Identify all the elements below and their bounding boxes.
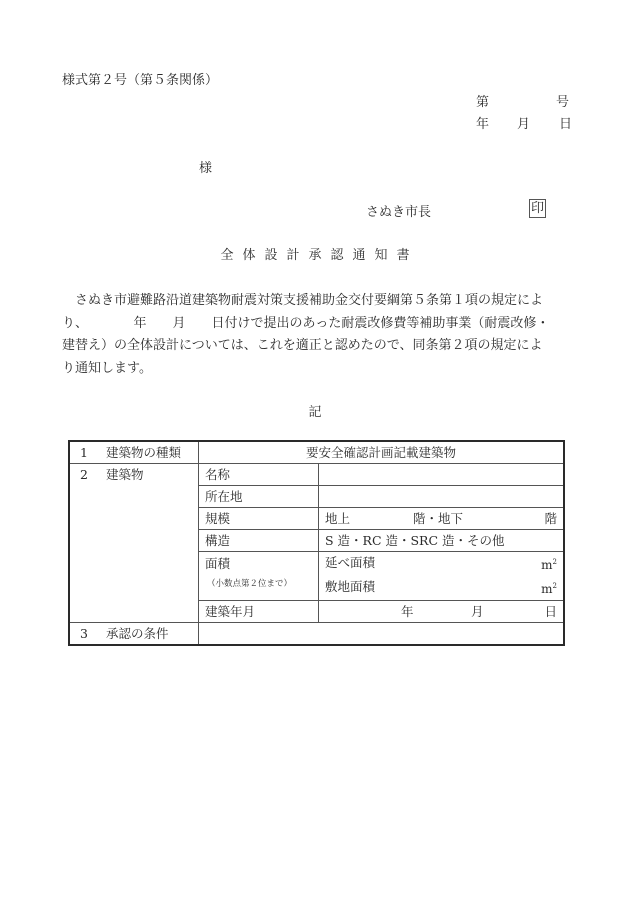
date-day-label: 日 [559, 113, 572, 132]
row-number: 1 [76, 442, 106, 463]
structure-label: 構造 [199, 530, 319, 552]
total-floor-area-field[interactable]: 延べ面積 m2 [319, 552, 565, 577]
row-number: 2 [76, 464, 106, 485]
body-paragraph: さぬき市避難路沿道建築物耐震対策支援補助金交付要綱第５条第１項の規定によ り、 … [62, 290, 576, 380]
built-month-label: 月 [471, 601, 544, 622]
document-number-prefix: 第 [476, 91, 489, 110]
square-meter-unit: m2 [541, 576, 557, 600]
area-precision-note: （小数点第２位まで） [205, 574, 312, 594]
table-row-building-name: 2建築物 名称 [69, 464, 564, 486]
name-label: 名称 [199, 464, 319, 486]
row-label-text: 建築物 [106, 467, 144, 482]
location-field[interactable] [319, 486, 565, 508]
row-label-text: 承認の条件 [106, 626, 169, 641]
addressee-suffix: 様 [199, 157, 212, 176]
row-label-text: 建築物の種類 [106, 445, 181, 460]
scale-label: 規模 [199, 508, 319, 530]
name-field[interactable] [319, 464, 565, 486]
table-row-conditions: 3承認の条件 [69, 623, 564, 646]
area-label-cell: 面積 （小数点第２位まで） [199, 552, 319, 601]
conditions-field[interactable] [199, 623, 565, 646]
structure-options[interactable]: S 造・RC 造・SRC 造・その他 [319, 530, 565, 552]
form-number: 様式第２号（第５条関係） [62, 69, 218, 88]
built-date-label: 建築年月 [199, 601, 319, 623]
row-label: 1建築物の種類 [69, 441, 199, 464]
row-label: 3承認の条件 [69, 623, 199, 646]
body-line: 建替え）の全体設計については、これを適正と認めたので、同条第２項の規定によ [62, 335, 576, 358]
row-label: 2建築物 [69, 464, 199, 623]
built-date-field[interactable]: 年 月 日 [319, 601, 565, 623]
floor-separator-label: 階・地下 [413, 508, 544, 529]
issuer-name: さぬき市長 [366, 201, 431, 220]
site-area-field[interactable]: 敷地面積 m2 [319, 576, 565, 601]
row-number: 3 [76, 623, 106, 644]
location-label: 所在地 [199, 486, 319, 508]
date-year-label: 年 [476, 113, 489, 132]
date-month-label: 月 [517, 113, 530, 132]
square-meter-unit: m2 [541, 552, 557, 576]
document-number-suffix: 号 [556, 91, 569, 110]
body-line: り、 年 月 日付けで提出のあった耐震改修費等補助事業（耐震改修・ [62, 313, 576, 336]
scale-field[interactable]: 地上 階・地下 階 [319, 508, 565, 530]
seal-stamp-icon: 印 [529, 199, 546, 218]
body-line: さぬき市避難路沿道建築物耐震対策支援補助金交付要綱第５条第１項の規定によ [62, 290, 576, 313]
building-type-value: 要安全確認計画記載建築物 [199, 441, 565, 464]
above-ground-label: 地上 [325, 508, 413, 529]
built-day-label: 日 [544, 601, 557, 622]
total-floor-area-label: 延べ面積 [325, 552, 375, 576]
site-area-label: 敷地面積 [325, 576, 375, 600]
body-line: り通知します。 [62, 358, 576, 381]
document-title: 全体設計承認通知書 [0, 244, 630, 263]
built-year-label: 年 [401, 601, 471, 622]
table-row-building-type: 1建築物の種類 要安全確認計画記載建築物 [69, 441, 564, 464]
area-label: 面積 [205, 553, 312, 574]
floor-end-label: 階 [544, 508, 557, 529]
details-table: 1建築物の種類 要安全確認計画記載建築物 2建築物 名称 所在地 規模 地上 階… [68, 440, 565, 646]
ki-heading: 記 [0, 401, 630, 420]
